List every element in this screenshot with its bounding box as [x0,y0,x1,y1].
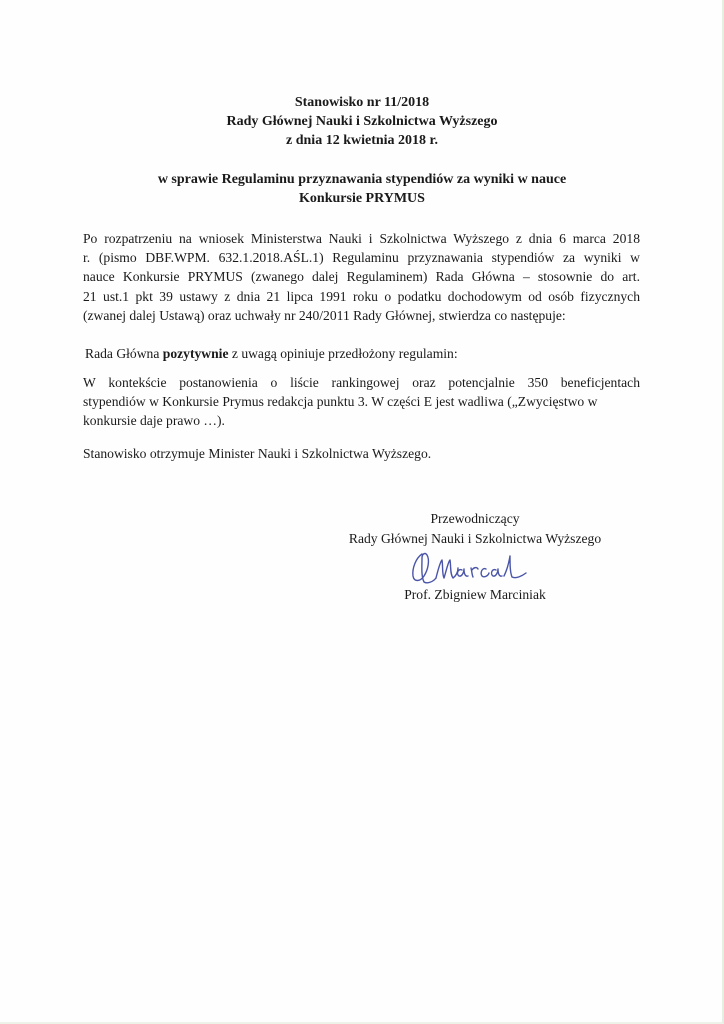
paragraph-line: konkursie daje prawo …). [83,411,640,430]
title-line-body: Rady Głównej Nauki i Szkolnictwa Wyższeg… [0,112,724,131]
paragraph-line: Stanowisko otrzymuje Minister Nauki i Sz… [83,444,640,463]
paragraph-line: W kontekście postanowienia o liście rank… [83,373,640,392]
paragraph-line: 21 ust.1 pkt 39 ustawy z dnia 21 lipca 1… [83,287,640,306]
document-subject: w sprawie Regulaminu przyznawania stypen… [0,170,724,208]
paragraph-line: (zwanej dalej Ustawą) oraz uchwały nr 24… [83,306,640,325]
opinion-text-before: Rada Główna [85,346,163,361]
signatory-name: Prof. Zbigniew Marciniak [330,585,620,605]
recipient-paragraph: Stanowisko otrzymuje Minister Nauki i Sz… [83,444,640,463]
handwritten-signature-icon [400,548,550,588]
title-line-date: z dnia 12 kwietnia 2018 r. [0,131,724,150]
title-line-number: Stanowisko nr 11/2018 [0,93,724,112]
document-page: Stanowisko nr 11/2018 Rady Głównej Nauki… [0,0,724,1024]
opinion-emphasis: pozytywnie [163,346,229,361]
paragraph-line: stypendiów w Konkursie Prymus redakcja p… [83,392,640,411]
paragraph-line: Po rozpatrzeniu na wniosek Ministerstwa … [83,229,640,248]
paragraph-line: Rada Główna pozytywnie z uwagą opiniuje … [85,344,642,363]
remark-paragraph: W kontekście postanowienia o liście rank… [83,373,640,431]
opinion-text-after: z uwagą opiniuje przedłożony regulamin: [228,346,457,361]
signatory-role: Przewodniczący [330,509,620,529]
paragraph-line: nauce Konkursie PRYMUS (zwanego dalej Re… [83,267,640,286]
paragraph-line: r. (pismo DBF.WPM. 632.1.2018.AŚL.1) Reg… [83,248,640,267]
signature-block: Przewodniczący Rady Głównej Nauki i Szko… [330,509,620,605]
subject-line: w sprawie Regulaminu przyznawania stypen… [0,170,724,189]
signatory-organization: Rady Głównej Nauki i Szkolnictwa Wyższeg… [330,529,620,549]
document-title: Stanowisko nr 11/2018 Rady Głównej Nauki… [0,93,724,150]
opinion-paragraph: Rada Główna pozytywnie z uwagą opiniuje … [85,344,642,363]
subject-line: Konkursie PRYMUS [0,189,724,208]
intro-paragraph: Po rozpatrzeniu na wniosek Ministerstwa … [83,229,640,325]
